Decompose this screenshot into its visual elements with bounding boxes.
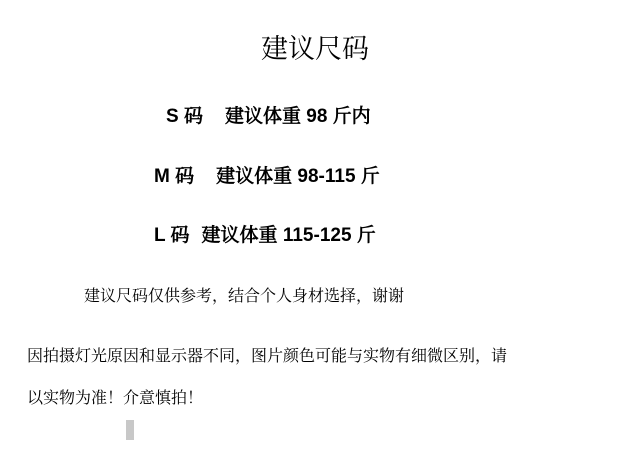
page-title: 建议尺码 (0, 30, 630, 70)
text-cursor-bar (126, 420, 134, 440)
color-disclaimer-line1: 因拍摄灯光原因和显示器不同，图片颜色可能与实物有细微区别，请 (27, 344, 507, 368)
size-row-m: M 码建议体重 98-115 斤 (154, 164, 380, 190)
size-row-s: S 码建议体重 98 斤内 (166, 104, 371, 130)
weight-range: 98-115 斤 (297, 166, 379, 187)
size-label: M 码 (154, 166, 194, 187)
weight-range: 98 斤内 (306, 106, 370, 127)
size-note: 建议尺码仅供参考，结合个人身材选择，谢谢 (84, 284, 404, 308)
size-row-l: L 码建议体重 115-125 斤 (154, 223, 376, 249)
size-label: S 码 (166, 106, 203, 127)
color-disclaimer-line2: 以实物为准！介意慎拍！ (27, 386, 203, 410)
weight-label: 建议体重 (202, 225, 278, 246)
weight-label: 建议体重 (225, 106, 301, 127)
size-label: L 码 (154, 225, 190, 246)
weight-range: 115-125 斤 (283, 225, 376, 246)
weight-label: 建议体重 (216, 166, 292, 187)
